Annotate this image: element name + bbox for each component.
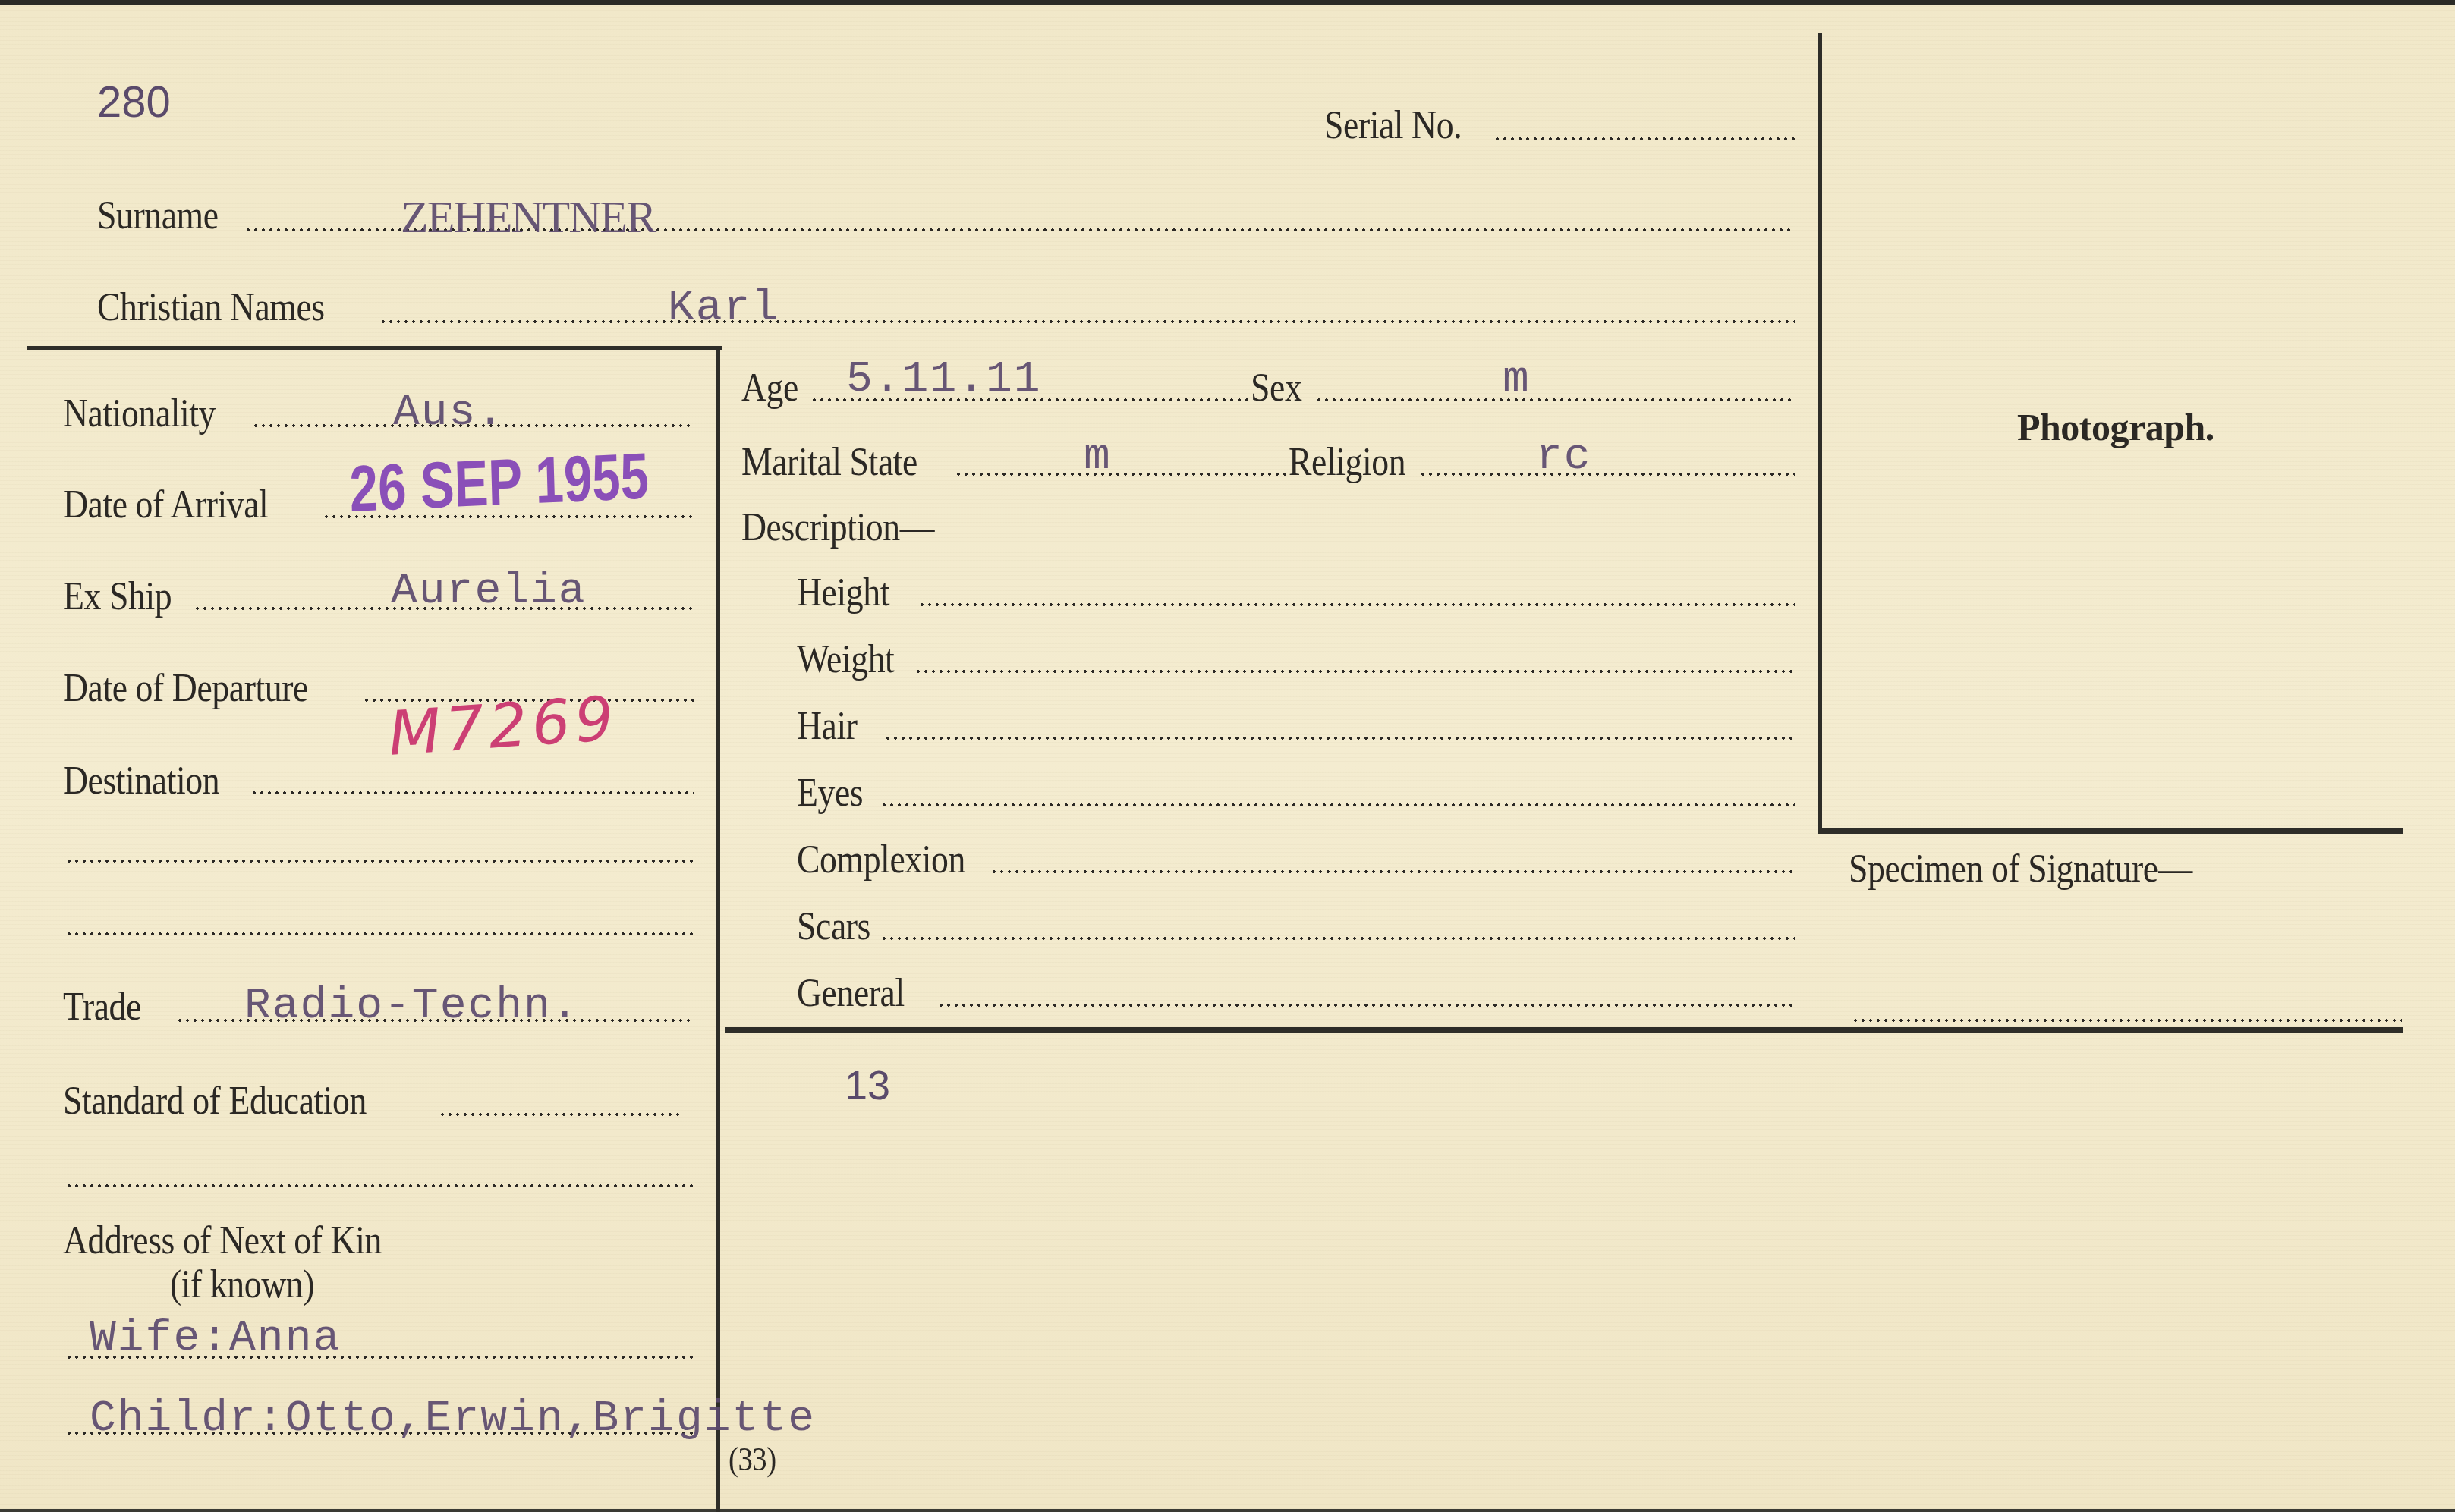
sex-value: m	[1503, 358, 1531, 402]
sex-field[interactable]	[1315, 398, 1795, 402]
trade-value: Radio-Techn.	[244, 985, 580, 1029]
eyes-field[interactable]	[880, 803, 1795, 807]
signature-label: Specimen of Signature—	[1849, 850, 2192, 889]
record-number: 280	[97, 80, 171, 124]
photo-box-bottom-rule	[1818, 828, 2403, 834]
description-bottom-rule	[725, 1027, 2403, 1033]
next-of-kin-label: Address of Next of Kin	[63, 1221, 382, 1261]
religion-value: rc	[1536, 435, 1592, 479]
marital-state-label: Marital State	[741, 443, 917, 483]
photo-box-left-rule	[1818, 33, 1822, 831]
trade-label: Trade	[63, 988, 141, 1027]
general-label: General	[797, 974, 905, 1014]
age-value: 5.11.11	[846, 358, 1042, 402]
christian-names-label: Christian Names	[97, 288, 325, 328]
general-field[interactable]	[937, 1003, 1795, 1007]
photograph-label: Photograph.	[2017, 408, 2214, 446]
registration-card: 280 Serial No. Surname ZEHENTNER Christi…	[0, 0, 2455, 1512]
serial-no-label: Serial No.	[1324, 106, 1462, 146]
age-label: Age	[741, 369, 798, 408]
handwritten-note: M7269	[386, 688, 619, 765]
sex-label: Sex	[1251, 369, 1301, 408]
religion-label: Religion	[1289, 443, 1405, 483]
complexion-field[interactable]	[990, 869, 1795, 874]
eyes-label: Eyes	[797, 774, 863, 813]
next-of-kin-sublabel: (if known)	[170, 1265, 314, 1305]
marital-state-value: m	[1084, 435, 1112, 479]
date-of-arrival-label: Date of Arrival	[63, 486, 268, 525]
left-column-divider	[716, 346, 720, 1512]
destination-label: Destination	[63, 762, 219, 801]
hair-label: Hair	[797, 707, 858, 747]
religion-field[interactable]	[1419, 472, 1795, 476]
arrival-date-stamp: 26 SEP 1955	[349, 443, 650, 522]
date-of-departure-label: Date of Departure	[63, 669, 308, 709]
page-number: 13	[845, 1065, 890, 1106]
description-label: Description—	[741, 508, 934, 548]
weight-label: Weight	[797, 640, 894, 680]
scars-label: Scars	[797, 907, 870, 947]
height-label: Height	[797, 574, 889, 613]
nationality-label: Nationality	[63, 395, 216, 434]
surname-value: ZEHENTNER	[401, 194, 655, 240]
christian-names-field[interactable]	[379, 319, 1795, 324]
standard-of-education-field-line-2[interactable]	[65, 1184, 694, 1188]
scars-field[interactable]	[880, 936, 1795, 941]
destination-field[interactable]	[250, 791, 694, 795]
complexion-label: Complexion	[797, 841, 965, 880]
serial-no-field[interactable]	[1493, 137, 1795, 141]
destination-field-line-3[interactable]	[65, 932, 694, 936]
ex-ship-value: Aurelia	[391, 570, 587, 614]
next-of-kin-line-2: Childr:Otto,Erwin,Brigitte	[90, 1397, 816, 1441]
form-code: (33)	[729, 1443, 776, 1476]
weight-field[interactable]	[914, 669, 1795, 674]
nationality-value: Aus.	[393, 391, 505, 435]
surname-label: Surname	[97, 196, 219, 236]
header-bottom-rule	[27, 346, 722, 350]
signature-field[interactable]	[1852, 1018, 2402, 1023]
height-field[interactable]	[918, 602, 1795, 607]
destination-field-line-2[interactable]	[65, 859, 694, 863]
standard-of-education-label: Standard of Education	[63, 1082, 367, 1121]
standard-of-education-field[interactable]	[439, 1112, 681, 1117]
marital-state-field[interactable]	[955, 472, 1289, 476]
christian-names-value: Karl	[668, 287, 779, 331]
next-of-kin-field-line-1[interactable]	[65, 1355, 694, 1360]
ex-ship-label: Ex Ship	[63, 577, 172, 617]
hair-field[interactable]	[884, 736, 1795, 740]
